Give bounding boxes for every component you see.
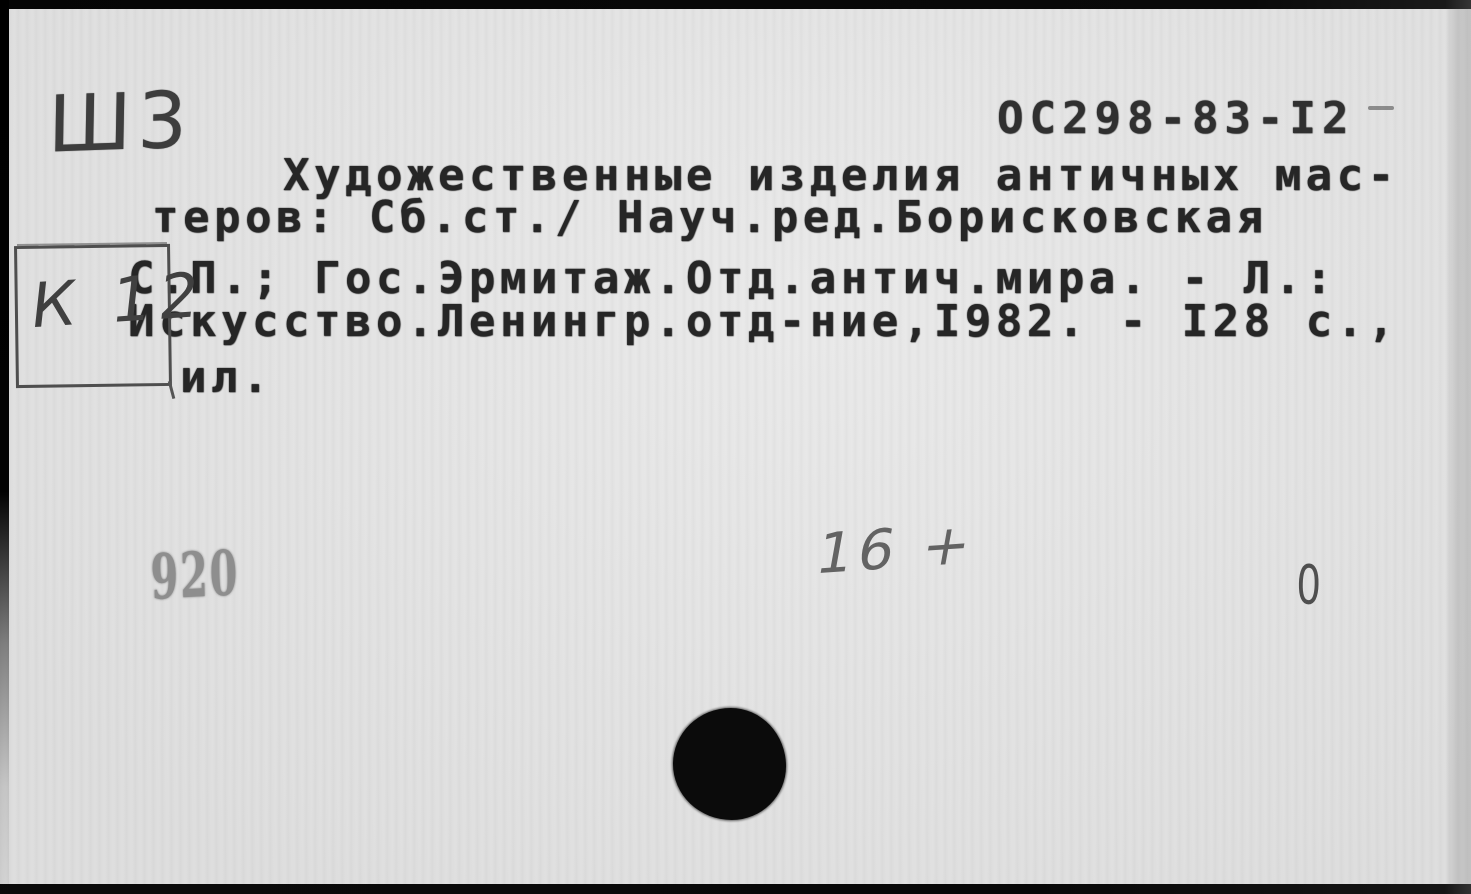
hole-punch-dot — [673, 708, 786, 820]
entry-line-editor: теров: Сб.ст./ Науч.ред.Борисковская — [152, 196, 1268, 240]
catalog-card-scan: Ш3 ОС298-83-I2 Художественные изделия ан… — [0, 0, 1471, 894]
zero-note-handwritten: 0 — [1296, 558, 1322, 613]
price-note-handwritten: 16 + — [812, 517, 980, 584]
entry-line-institution: С.П.; Гос.Эрмитаж.Отд.антич.мира. - Л.: — [128, 257, 1337, 301]
classification-label: К 12 — [28, 264, 211, 338]
stamp-number: 920 — [150, 542, 240, 609]
scan-edge-right — [1445, 0, 1471, 894]
classification-box: К 12 — [14, 244, 172, 388]
scan-edge-left — [0, 0, 9, 894]
entry-line-imprint: Искусство.Ленингр.отд-ние,I982. - I28 с.… — [128, 300, 1399, 344]
classification-box-pen-tail — [168, 381, 175, 399]
entry-line-illustrations: ил. — [180, 356, 273, 400]
scan-speck — [1368, 106, 1394, 110]
catalog-number: ОС298-83-I2 — [997, 97, 1354, 141]
scan-edge-top — [0, 0, 1471, 9]
scan-edge-bottom — [0, 884, 1471, 894]
shelf-mark-handwritten: Ш3 — [47, 81, 193, 164]
